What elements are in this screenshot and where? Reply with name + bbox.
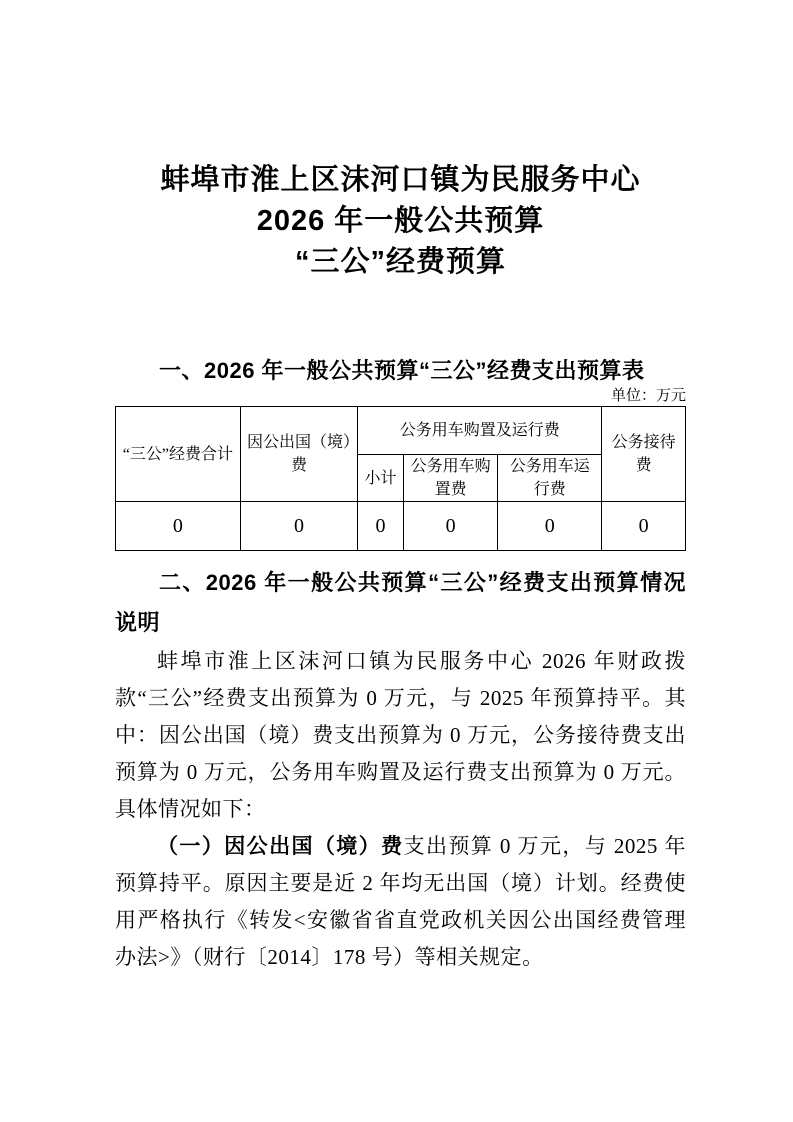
th-vehicle-group: 公务用车购置及运行费 — [358, 407, 602, 455]
title-line-3: “三公”经费预算 — [115, 242, 686, 283]
document-page: 蚌埠市淮上区沫河口镇为民服务中心 2026 年一般公共预算 “三公”经费预算 一… — [0, 0, 793, 1122]
th-reception-fee: 公务接待费 — [602, 407, 686, 502]
cell-vehicle-purchase: 0 — [403, 502, 498, 551]
cell-reception-fee: 0 — [602, 502, 686, 551]
document-title: 蚌埠市淮上区沫河口镇为民服务中心 2026 年一般公共预算 “三公”经费预算 — [115, 160, 686, 283]
cell-abroad-fee: 0 — [240, 502, 357, 551]
title-line-2: 2026 年一般公共预算 — [115, 201, 686, 242]
title-line-1: 蚌埠市淮上区沫河口镇为民服务中心 — [115, 160, 686, 201]
para-overview: 蚌埠市淮上区沫河口镇为民服务中心 2026 年财政拨款“三公”经费支出预算为 0… — [115, 643, 686, 828]
th-vehicle-subtotal: 小计 — [358, 455, 404, 502]
cell-vehicle-operation: 0 — [498, 502, 602, 551]
para-abroad-detail: （一）因公出国（境）费支出预算 0 万元，与 2025 年预算持平。原因主要是近… — [115, 828, 686, 976]
sangong-budget-table: “三公”经费合计 因公出国（境）费 公务用车购置及运行费 公务接待费 小计 公务… — [115, 406, 686, 551]
unit-note: 单位：万元 — [115, 388, 686, 405]
table-row: 0 0 0 0 0 0 — [116, 502, 686, 551]
para-abroad-lead: （一）因公出国（境）费 — [157, 834, 404, 858]
th-sangong-total: “三公”经费合计 — [116, 407, 241, 502]
cell-sangong-total: 0 — [116, 502, 241, 551]
section2-heading: 二、2026 年一般公共预算“三公”经费支出预算情况说明 — [115, 563, 686, 643]
th-vehicle-operation: 公务用车运行费 — [498, 455, 602, 502]
th-abroad-fee: 因公出国（境）费 — [240, 407, 357, 502]
th-vehicle-purchase: 公务用车购置费 — [403, 455, 498, 502]
cell-vehicle-subtotal: 0 — [358, 502, 404, 551]
section1-heading: 一、2026 年一般公共预算“三公”经费支出预算表 — [115, 356, 686, 385]
